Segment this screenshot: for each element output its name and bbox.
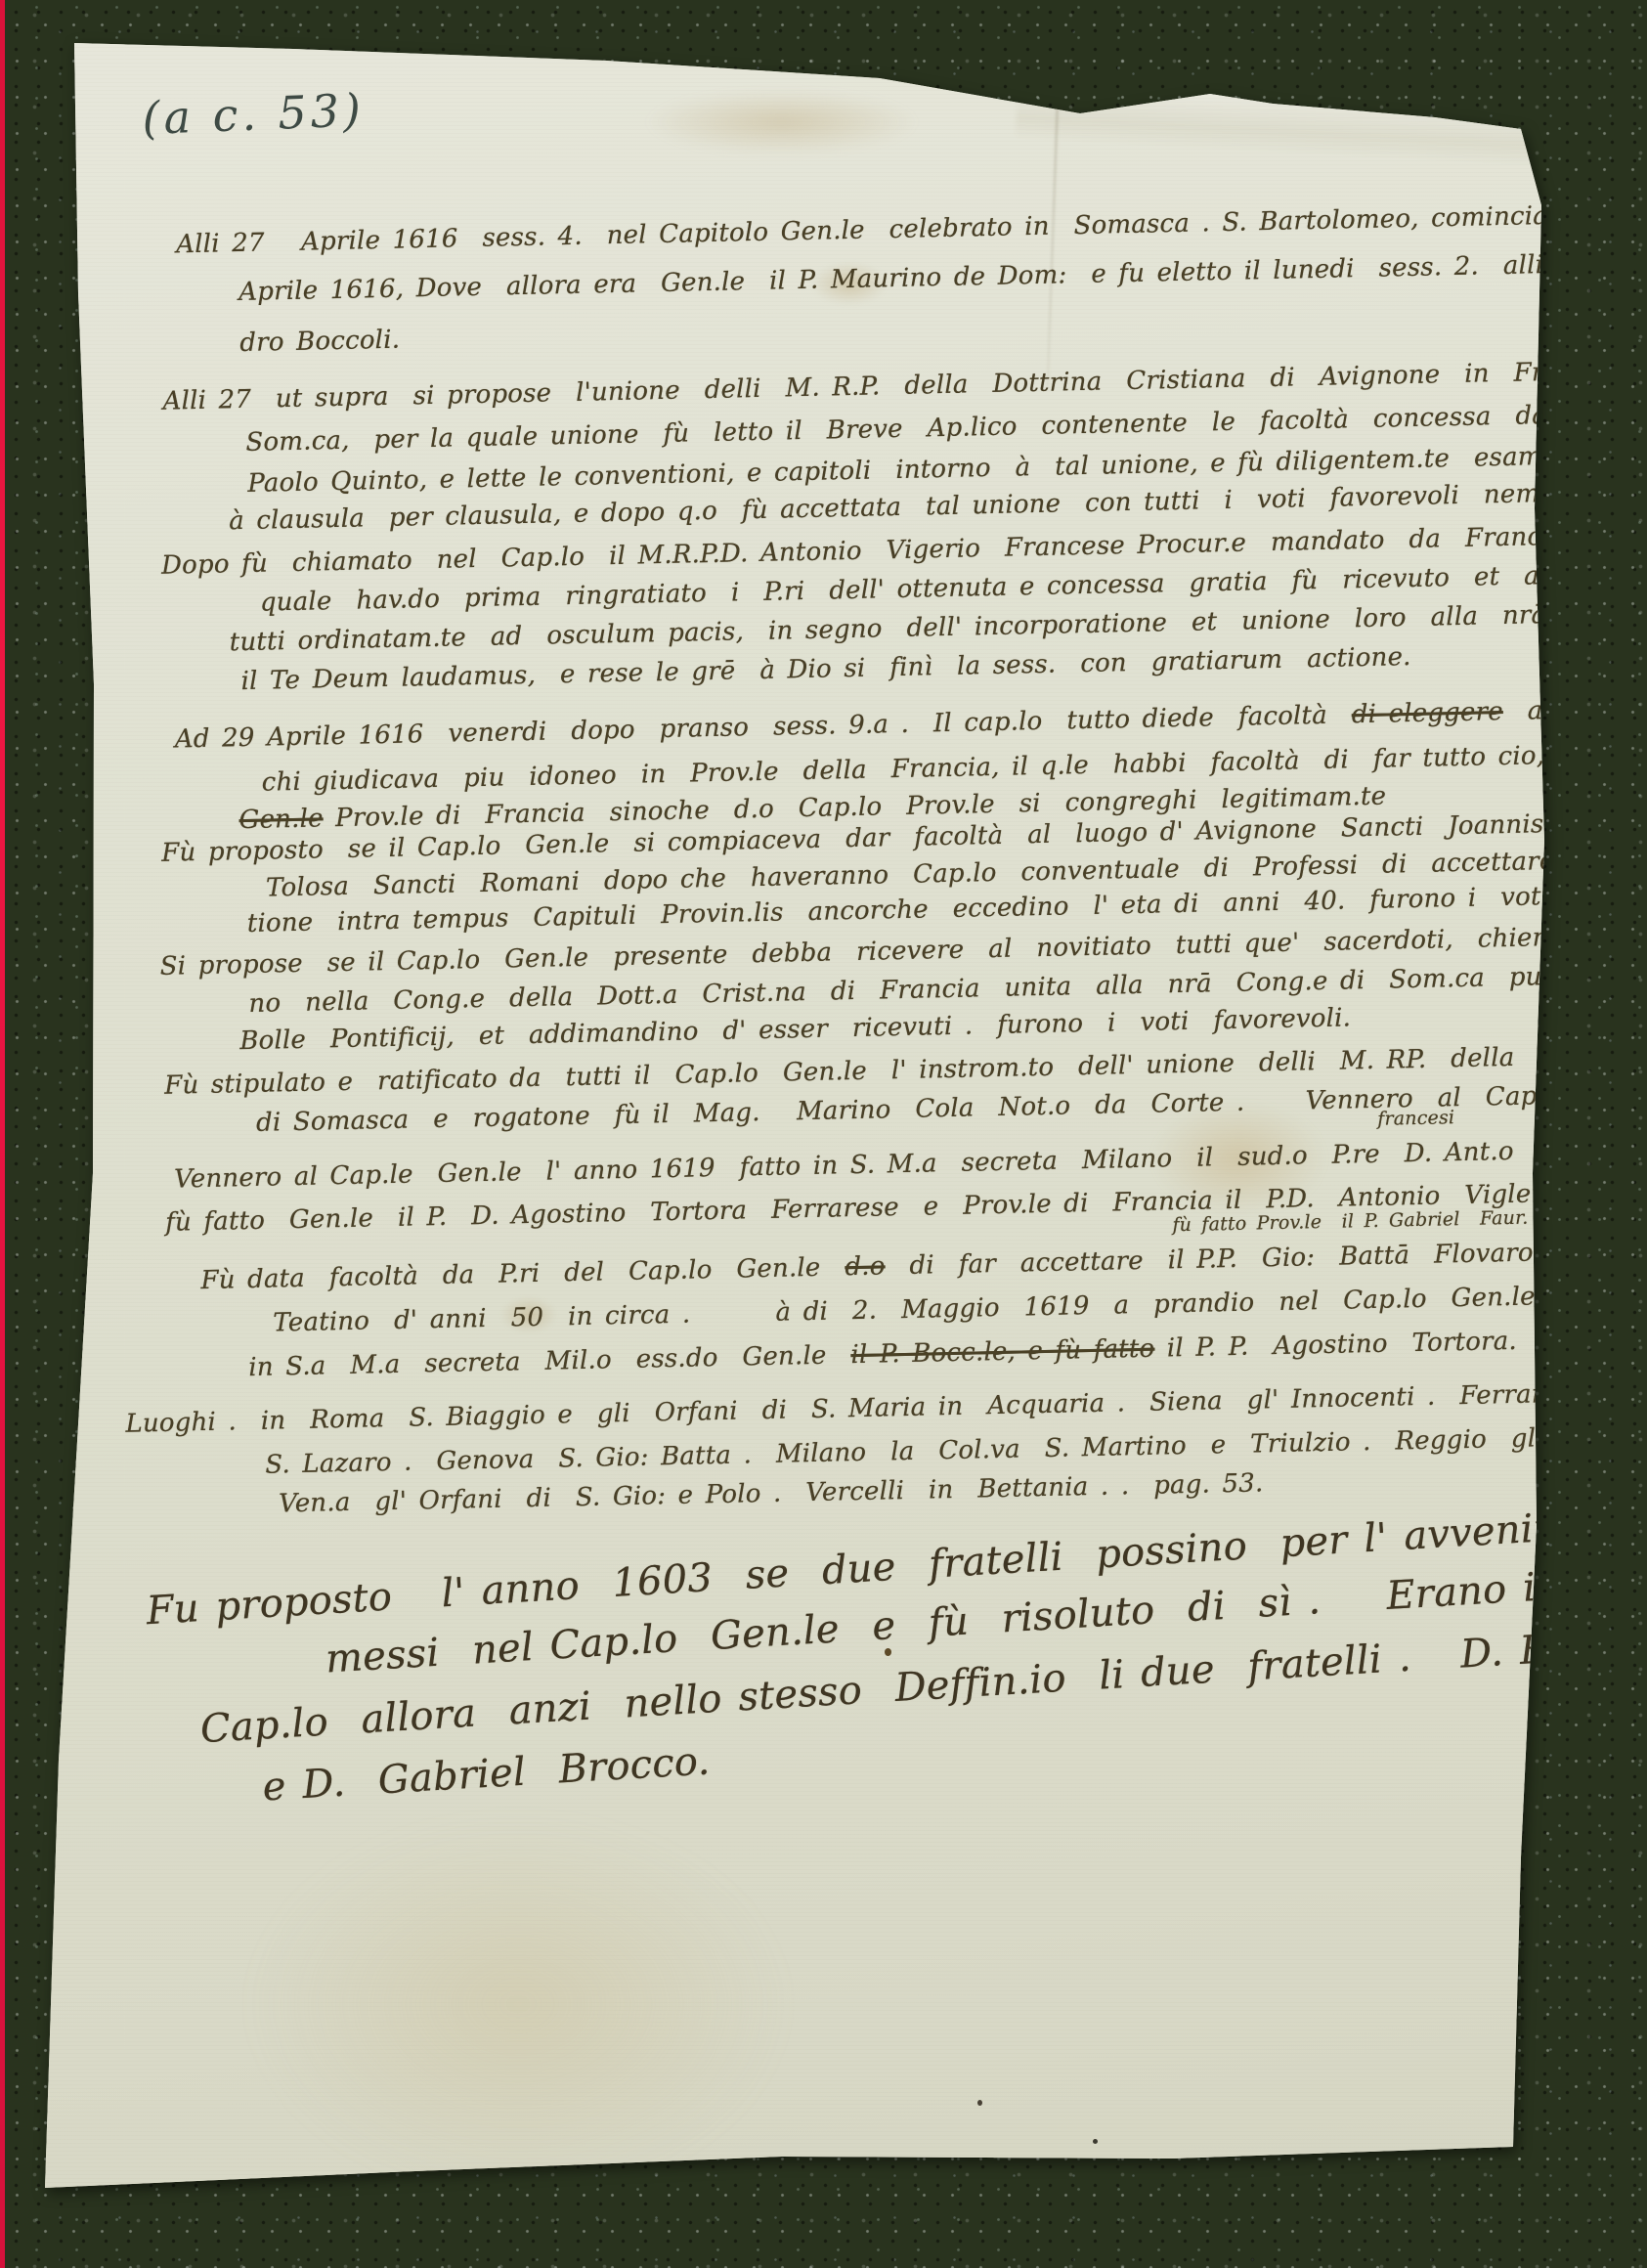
paper-surface: (a c. 53) Alli 27 Aprile 1616 sess. 4. n… <box>0 0 1647 2268</box>
manuscript-text: (a c. 53) Alli 27 Aprile 1616 sess. 4. n… <box>0 0 1647 2268</box>
text-segment: e D. Gabriel Brocco. <box>261 1738 711 1810</box>
photo-backdrop: (a c. 53) Alli 27 Aprile 1616 sess. 4. n… <box>0 0 1647 2268</box>
paragraph-11: Fu proposto l' anno 1603 se due fratelli… <box>0 0 1647 2268</box>
manuscript-page: (a c. 53) Alli 27 Aprile 1616 sess. 4. n… <box>0 0 1647 2268</box>
text-line: e D. Gabriel Brocco. <box>262 1741 712 1807</box>
